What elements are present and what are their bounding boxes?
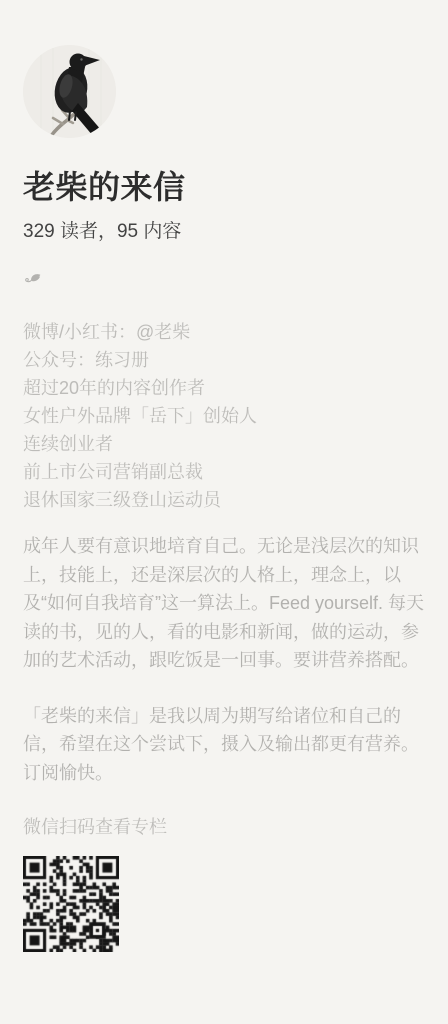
raven-avatar-image [23, 45, 116, 138]
subscriber-stats: 329 读者，95 内容 [23, 221, 426, 243]
about-paragraph: 成年人要有意识地培育自己。无论是浅层次的知识上，技能上，还是深层次的人格上，理念… [23, 532, 426, 675]
profile-page: 老柴的来信 329 读者，95 内容 微博/小红书：@老柴 公众号：练习册 超过… [0, 45, 448, 952]
quill-icon [23, 269, 43, 285]
bio-line: 连续创业者 [23, 430, 426, 458]
wechat-qr-code [23, 856, 119, 952]
bio-line: 退休国家三级登山运动员 [23, 486, 426, 514]
bio-line: 微博/小红书：@老柴 [23, 318, 426, 346]
bio-line: 女性户外品牌「岳下」创始人 [23, 402, 426, 430]
page-title: 老柴的来信 [23, 168, 426, 206]
bio-line: 前上市公司营销副总裁 [23, 458, 426, 486]
avatar [23, 45, 116, 138]
bio-list: 微博/小红书：@老柴 公众号：练习册 超过20年的内容创作者 女性户外品牌「岳下… [23, 318, 426, 514]
bio-line: 公众号：练习册 [23, 346, 426, 374]
qr-label: 微信扫码查看专栏 [23, 813, 426, 841]
about-paragraph: 「老柴的来信」是我以周为期写给诸位和自己的信，希望在这个尝试下，摄入及输出都更有… [23, 702, 426, 788]
bio-line: 超过20年的内容创作者 [23, 374, 426, 402]
